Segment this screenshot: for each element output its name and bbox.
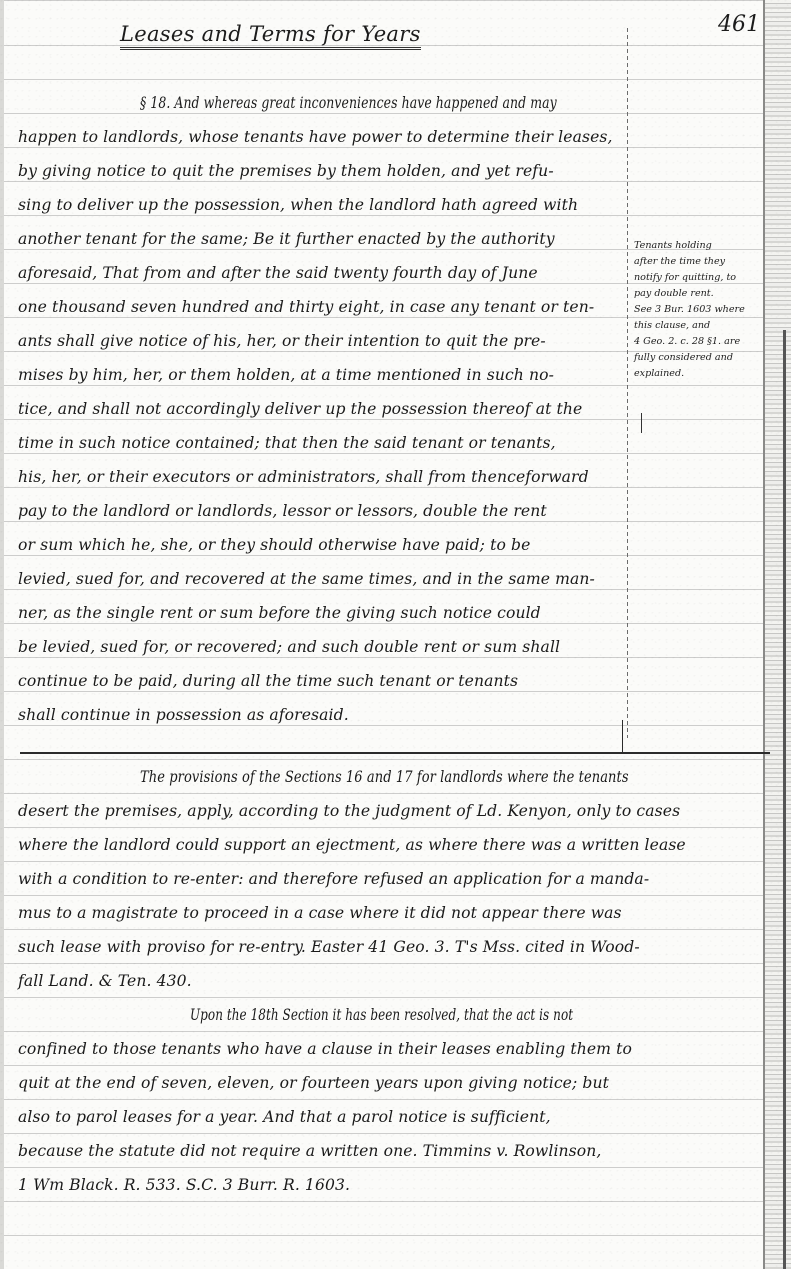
- note-line: pay double rent.: [634, 286, 762, 302]
- note-line: fully considered and: [634, 350, 762, 366]
- text-line: be levied, sued for, or recovered; and s…: [18, 638, 623, 656]
- manuscript-page: Leases and Terms for Years 461 § 18. And…: [0, 0, 791, 1269]
- text-line: sing to deliver up the possession, when …: [18, 196, 623, 214]
- note-line: See 3 Bur. 1603 where: [634, 302, 762, 318]
- text-line: or sum which he, she, or they should oth…: [18, 536, 623, 554]
- page-title: Leases and Terms for Years: [120, 22, 421, 50]
- text-line: mus to a magistrate to proceed in a case…: [18, 904, 758, 922]
- text-line: quit at the end of seven, eleven, or fou…: [18, 1074, 758, 1092]
- page-number: 461: [718, 12, 760, 37]
- text-line: pay to the landlord or landlords, lessor…: [18, 502, 623, 520]
- text-line: continue to be paid, during all the time…: [18, 672, 623, 690]
- text-line: Upon the 18th Section it has been resolv…: [190, 1006, 758, 1024]
- page-binding-edge: [765, 0, 791, 1269]
- text-line: § 18. And whereas great inconveniences h…: [140, 94, 623, 112]
- text-line: levied, sued for, and recovered at the s…: [18, 570, 623, 588]
- note-line: 4 Geo. 2. c. 28 §1. are: [634, 334, 762, 350]
- margin-rule: [627, 28, 628, 738]
- note-line: Tenants holding: [634, 238, 762, 254]
- text-line: confined to those tenants who have a cla…: [18, 1040, 758, 1058]
- text-line: fall Land. & Ten. 430.: [18, 972, 758, 990]
- text-line: desert the premises, apply, according to…: [18, 802, 758, 820]
- note-line: this clause, and: [634, 318, 762, 334]
- text-line: also to parol leases for a year. And tha…: [18, 1108, 758, 1126]
- text-line: aforesaid, That from and after the said …: [18, 264, 623, 282]
- text-line: ants shall give notice of his, her, or t…: [18, 332, 623, 350]
- text-line: by giving notice to quit the premises by…: [18, 162, 623, 180]
- section-divider: [20, 752, 770, 754]
- text-line: another tenant for the same; Be it furth…: [18, 230, 623, 248]
- text-line: his, her, or their executors or administ…: [18, 468, 623, 486]
- text-line: one thousand seven hundred and thirty ei…: [18, 298, 623, 316]
- text-line: such lease with proviso for re-entry. Ea…: [18, 938, 758, 956]
- note-line: explained.: [634, 366, 762, 382]
- text-line: The provisions of the Sections 16 and 17…: [140, 768, 758, 786]
- margin-rule-end: [622, 720, 623, 752]
- note-line: after the time they: [634, 254, 762, 270]
- note-line: notify for quitting, to: [634, 270, 762, 286]
- text-line: time in such notice contained; that then…: [18, 434, 623, 452]
- text-line: ner, as the single rent or sum before th…: [18, 604, 623, 622]
- text-line: because the statute did not require a wr…: [18, 1142, 758, 1160]
- page-edge-shadow: [783, 330, 786, 1269]
- text-line: 1 Wm Black. R. 533. S.C. 3 Burr. R. 1603…: [18, 1176, 758, 1194]
- text-line: mises by him, her, or them holden, at a …: [18, 366, 623, 384]
- text-line: shall continue in possession as aforesai…: [18, 706, 623, 724]
- text-line: happen to landlords, whose tenants have …: [18, 128, 623, 146]
- text-line: tice, and shall not accordingly deliver …: [18, 400, 623, 418]
- marginal-note: Tenants holding after the time they noti…: [634, 238, 762, 382]
- text-line: where the landlord could support an ejec…: [18, 836, 758, 854]
- stray-pen-mark: [641, 413, 642, 433]
- text-line: with a condition to re-enter: and theref…: [18, 870, 758, 888]
- left-page-edge: [0, 0, 4, 1269]
